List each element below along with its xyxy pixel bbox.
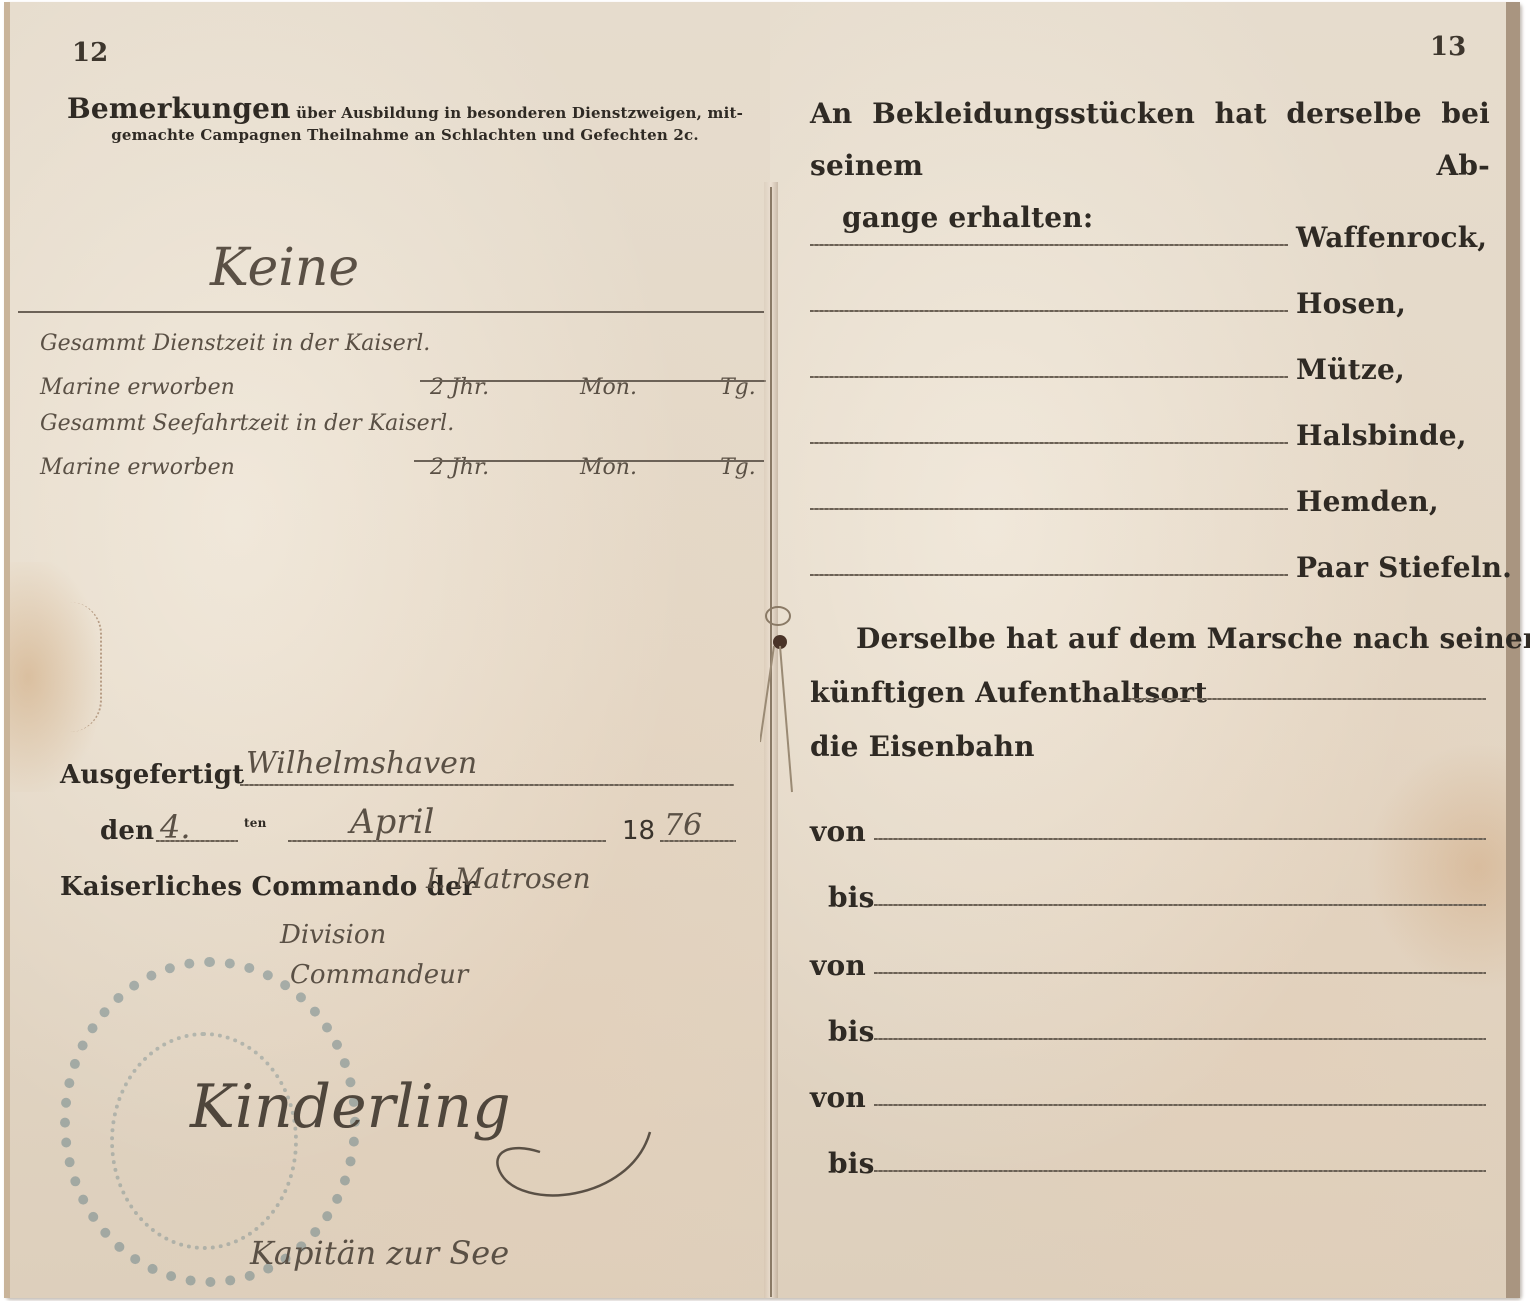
left-page: 12 Bemerkungen über Ausbildung in besond…	[4, 2, 770, 1298]
route-label: bis	[828, 1147, 875, 1180]
march-text-line1: Derselbe hat auf dem Marsche nach seinem	[856, 622, 1486, 655]
remarks-heading: Bemerkungen über Ausbildung in besondere…	[60, 98, 750, 146]
issued-year-prefix: 18	[622, 816, 655, 846]
command-unit-line2: Division	[280, 920, 386, 950]
entry-1-underline	[420, 380, 766, 382]
remarks-heading-line2: gemachte Campagnen Theilnahme an Schlach…	[111, 126, 699, 144]
command-unit-line1: I. Matrosen	[426, 862, 591, 895]
march-text-line3: die Eisenbahn	[810, 730, 1035, 763]
clothing-label: Mütze,	[1296, 353, 1405, 386]
march-text-line2: künftigen Aufenthaltsort	[810, 676, 1207, 709]
entry-2-underline	[414, 460, 764, 462]
service-entry-2: Gesammt Seefahrtzeit in der Kaiserl. Mar…	[40, 402, 454, 490]
service-entry-2-line1: Gesammt Seefahrtzeit in der Kaiserl.	[40, 402, 454, 446]
signature: Kinderling	[190, 1072, 511, 1142]
service-entry-1-line2: Marine erworben	[40, 375, 235, 400]
torn-edge	[70, 602, 102, 732]
clothing-row-halsbinde: Halsbinde,	[810, 412, 1490, 452]
route-label: bis	[828, 1015, 875, 1048]
issued-label: Ausgefertigt	[60, 760, 244, 790]
clothing-row-hemden: Hemden,	[810, 478, 1490, 518]
issued-place: Wilhelmshaven	[246, 746, 477, 781]
route-label: von	[810, 815, 866, 848]
clothing-input-line	[810, 244, 1288, 246]
service-entry-1-months: Mon.	[580, 366, 637, 410]
service-entry-2-days: Tg.	[720, 446, 756, 490]
service-entry-2-months: Mon.	[580, 446, 637, 490]
handwritten-remark: Keine	[210, 238, 359, 298]
clothing-label: Waffenrock,	[1296, 221, 1487, 254]
service-entry-1-line1: Gesammt Dienstzeit in der Kaiserl.	[40, 322, 430, 366]
date-den-label: den	[100, 816, 154, 846]
clothing-label: Hemden,	[1296, 485, 1439, 518]
clothing-label: Hosen,	[1296, 287, 1406, 320]
clothing-input-line	[810, 376, 1288, 378]
route-input-line	[874, 1170, 1486, 1172]
binding-knot-icon	[760, 602, 794, 802]
route-label: von	[810, 1081, 866, 1114]
issued-month: April	[350, 802, 434, 842]
issued-year-suffix: 76	[664, 808, 702, 843]
clothing-label: Paar Stiefeln.	[1296, 551, 1512, 584]
remarks-heading-line1: über Ausbildung in besonderen Dienstzwei…	[296, 104, 743, 122]
issued-place-line	[240, 784, 734, 786]
route-label: von	[810, 949, 866, 982]
route-label: bis	[828, 881, 875, 914]
destination-input-line	[1128, 698, 1486, 700]
route-row-bis-1: bis	[810, 874, 1486, 914]
open-booklet: 12 Bemerkungen über Ausbildung in besond…	[4, 2, 1520, 1298]
issued-day-line	[156, 840, 238, 842]
service-entry-2-line2: Marine erworben	[40, 455, 235, 480]
signature-title: Kapitän zur See	[250, 1234, 509, 1272]
clothing-row-stiefeln: Paar Stiefeln.	[810, 544, 1490, 584]
service-entry-2-years: 2 Jhr.	[430, 446, 489, 490]
route-input-line	[874, 1038, 1486, 1040]
clothing-input-line	[810, 310, 1288, 312]
page-number-right: 13	[1430, 32, 1466, 62]
issued-month-line	[288, 840, 606, 842]
clothing-row-muetze: Mütze,	[810, 346, 1490, 386]
route-row-bis-3: bis	[810, 1140, 1486, 1180]
service-entry-1: Gesammt Dienstzeit in der Kaiserl. Marin…	[40, 322, 430, 410]
command-unit-line3: Commandeur	[290, 960, 468, 990]
route-row-von-2: von	[810, 942, 1486, 982]
command-label: Kaiserliches Commando der	[60, 872, 476, 902]
route-input-line	[874, 838, 1486, 840]
clothing-row-hosen: Hosen,	[810, 280, 1490, 320]
route-input-line	[874, 1104, 1486, 1106]
remarks-heading-big: Bemerkungen	[67, 92, 291, 125]
route-row-von-1: von	[810, 808, 1486, 848]
issued-year-line	[660, 840, 736, 842]
issued-day-suffix: ten	[244, 816, 267, 830]
clothing-input-line	[810, 574, 1288, 576]
clothing-input-line	[810, 442, 1288, 444]
route-input-line	[874, 972, 1486, 974]
clothing-label: Halsbinde,	[1296, 419, 1467, 452]
route-row-bis-2: bis	[810, 1008, 1486, 1048]
signature-flourish	[480, 1122, 660, 1212]
route-input-line	[874, 904, 1486, 906]
clothing-heading-line1: An Bekleidungsstücken hat derselbe bei s…	[810, 88, 1490, 192]
route-row-von-3: von	[810, 1074, 1486, 1114]
clothing-row-waffenrock: Waffenrock,	[810, 214, 1490, 254]
page-number-left: 12	[72, 38, 108, 68]
divider-line	[18, 311, 764, 313]
clothing-input-line	[810, 508, 1288, 510]
service-entry-1-days: Tg.	[720, 366, 756, 410]
